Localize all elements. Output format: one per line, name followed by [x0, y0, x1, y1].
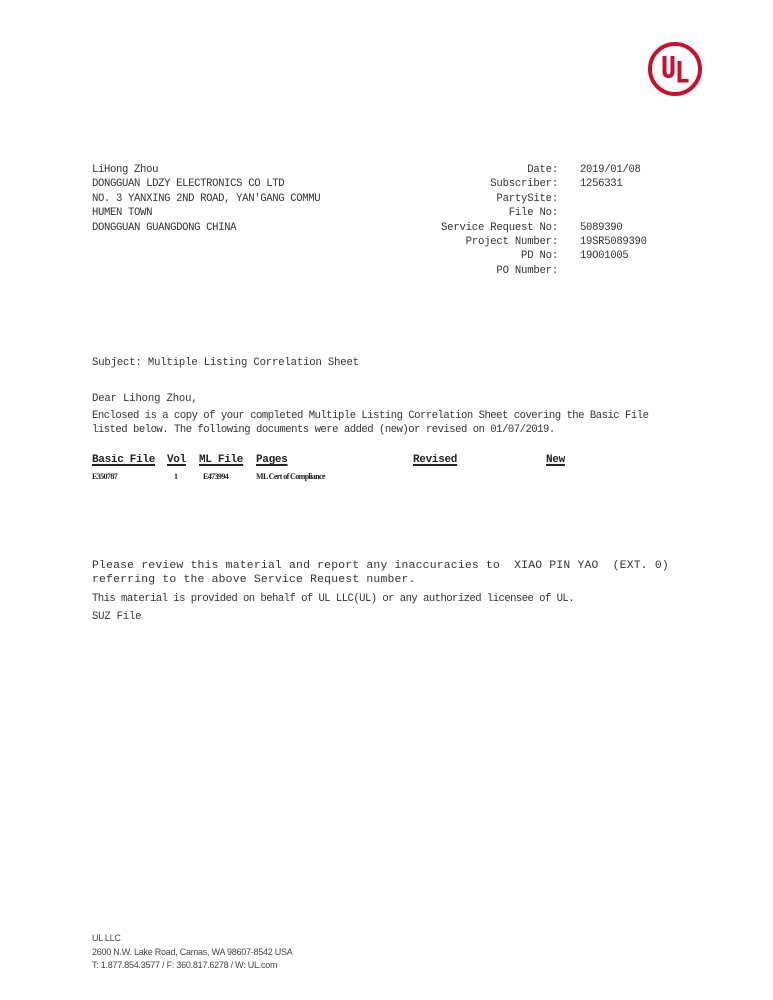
header-ml-file: ML File: [199, 453, 243, 467]
footer: UL LLC 2600 N.W. Lake Road, Camas, WA 98…: [92, 932, 293, 973]
service-request-label: Service Request No:: [380, 221, 558, 235]
header-pages: Pages: [256, 453, 288, 467]
recipient-name: LiHong Zhou: [92, 163, 320, 177]
cell-basic-file: E350787: [92, 470, 117, 484]
recipient-street: NO. 3 YANXING 2ND ROAD, YAN'GANG COMMU: [92, 192, 320, 206]
cell-ml-file: E473994: [203, 470, 228, 484]
cell-pages: ML Cert of Compliance: [256, 470, 325, 484]
file-no-value: [580, 206, 647, 220]
review-line: referring to the above Service Request n…: [92, 573, 669, 587]
recipient-company: DONGGUAN LDZY ELECTRONICS CO LTD: [92, 177, 320, 191]
header-vol: Vol: [167, 453, 186, 467]
partysite-label: PartySite:: [380, 192, 558, 206]
cell-vol: 1: [174, 470, 177, 484]
footer-company: UL LLC: [92, 932, 293, 946]
pd-no-label: PD No:: [380, 249, 558, 263]
header-new: New: [546, 453, 565, 467]
body-line: Enclosed is a copy of your completed Mul…: [92, 410, 648, 424]
recipient-address: LiHong Zhou DONGGUAN LDZY ELECTRONICS CO…: [92, 163, 320, 235]
header-revised: Revised: [413, 453, 457, 467]
header-basic-file: Basic File: [92, 453, 155, 467]
file-no-label: File No:: [380, 206, 558, 220]
po-number-value: [580, 264, 647, 278]
file-note: SUZ File: [92, 610, 141, 624]
ul-logo-icon: [647, 41, 703, 97]
date-label: Date:: [380, 163, 558, 177]
behalf-note: This material is provided on behalf of U…: [92, 592, 574, 606]
po-number-label: PO Number:: [380, 264, 558, 278]
date-value: 2019/01/08: [580, 163, 647, 177]
review-note: Please review this material and report a…: [92, 559, 669, 588]
letter-body: Enclosed is a copy of your completed Mul…: [92, 410, 648, 437]
review-line: Please review this material and report a…: [92, 559, 669, 573]
body-line: listed below. The following documents we…: [92, 424, 648, 438]
project-number-label: Project Number:: [380, 235, 558, 249]
partysite-value: [580, 192, 647, 206]
salutation: Dear Lihong Zhou,: [92, 392, 198, 406]
project-number-value: 19SR5089390: [580, 235, 647, 249]
recipient-town: HUMEN TOWN: [92, 206, 320, 220]
service-request-value: 5089390: [580, 221, 647, 235]
footer-contact: T: 1.877.854.3577 / F: 360.817.6278 / W:…: [92, 959, 293, 973]
pd-no-value: 19O01005: [580, 249, 647, 263]
recipient-region: DONGGUAN GUANGDONG CHINA: [92, 221, 320, 235]
info-values: 2019/01/08 1256331 5089390 19SR5089390 1…: [580, 163, 647, 278]
info-labels: Date: Subscriber: PartySite: File No: Se…: [380, 163, 558, 278]
footer-address: 2600 N.W. Lake Road, Camas, WA 98607-854…: [92, 946, 293, 960]
subscriber-label: Subscriber:: [380, 177, 558, 191]
subject-line: Subject: Multiple Listing Correlation Sh…: [92, 356, 359, 370]
subscriber-value: 1256331: [580, 177, 647, 191]
